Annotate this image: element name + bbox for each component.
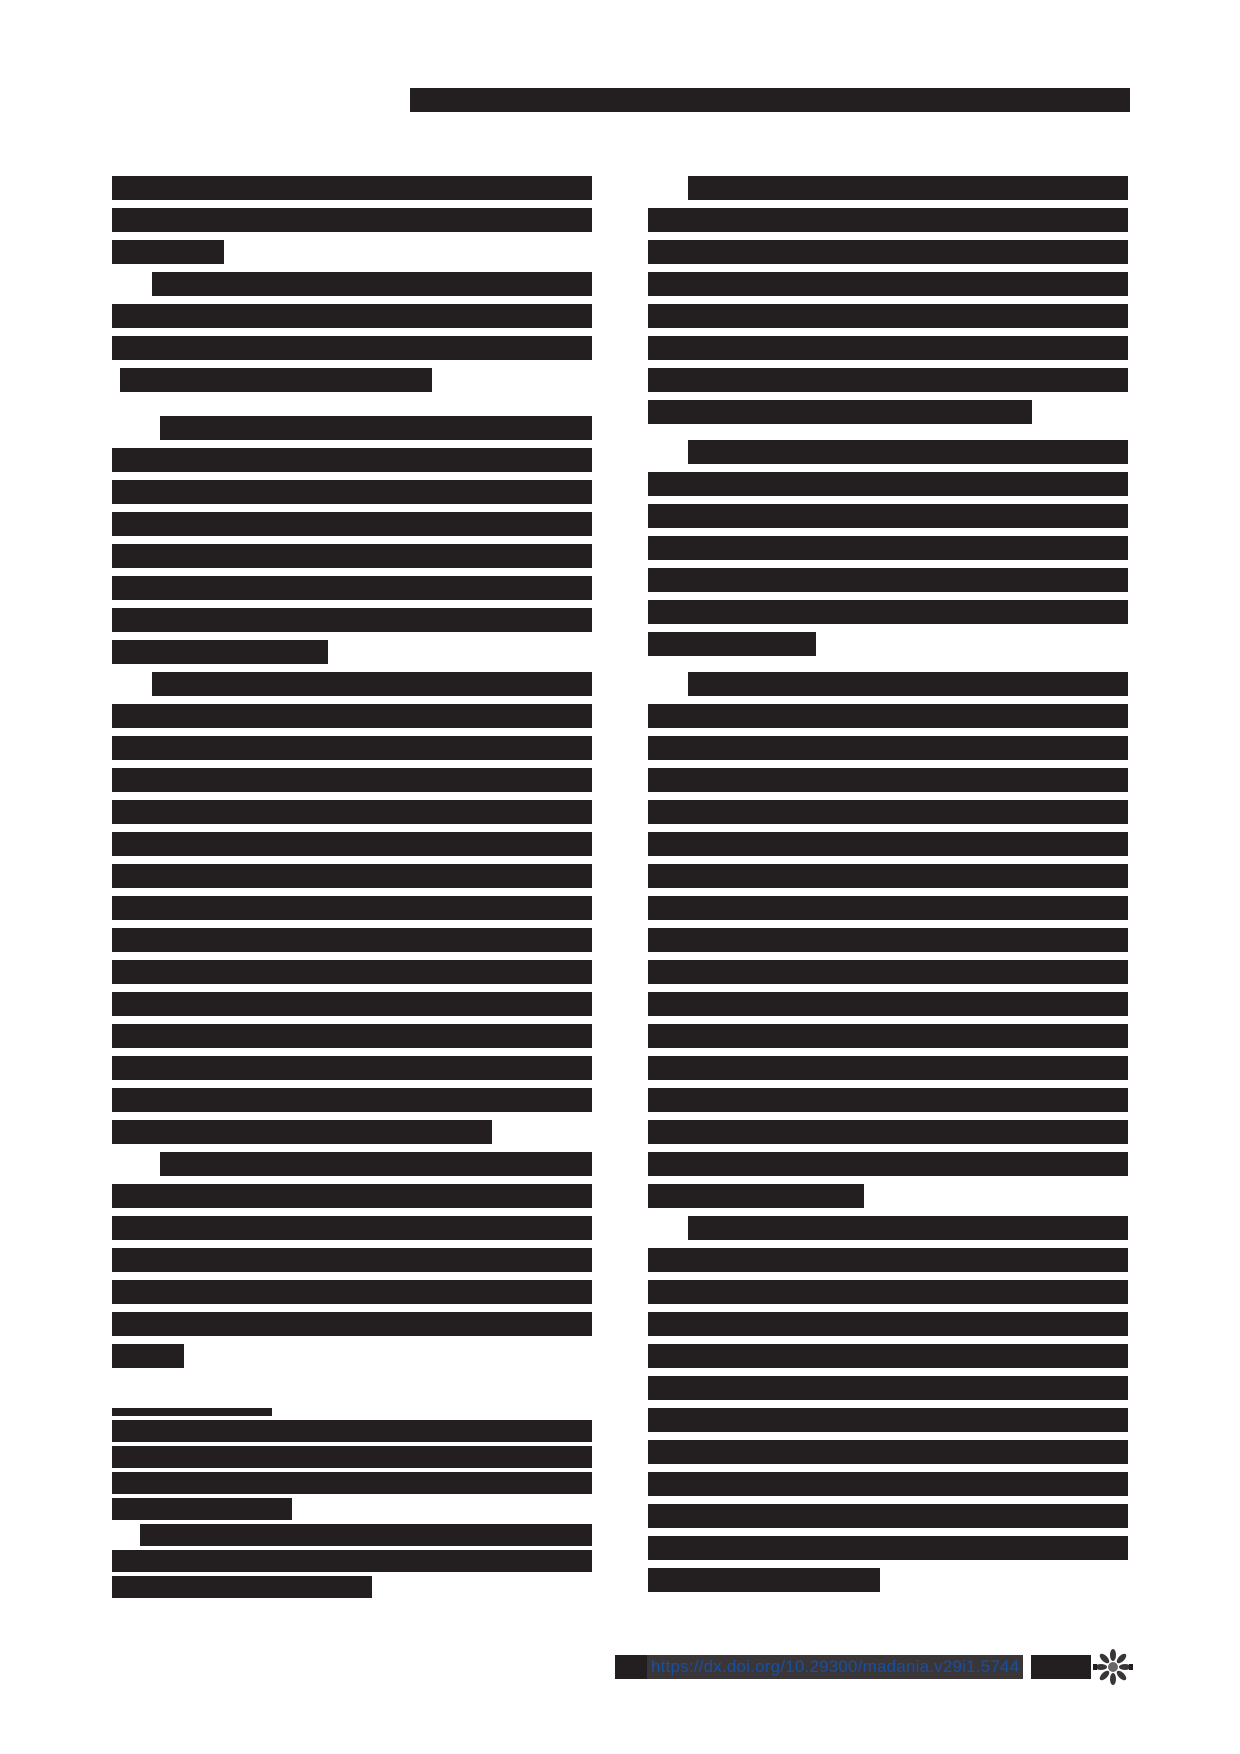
text-line <box>648 1376 1128 1400</box>
text-line <box>688 672 1128 696</box>
footnote-rule <box>112 1408 272 1416</box>
text-line <box>112 336 592 360</box>
text-line <box>648 992 1128 1016</box>
text-line <box>648 1312 1128 1336</box>
text-line <box>112 208 592 232</box>
text-line <box>112 640 328 664</box>
text-line <box>648 704 1128 728</box>
page-number <box>615 1655 647 1679</box>
text-line <box>648 568 1128 592</box>
text-line <box>688 440 1128 464</box>
text-line <box>112 768 592 792</box>
text-line <box>688 1216 1128 1240</box>
text-line <box>112 544 592 568</box>
text-line <box>648 1536 1128 1560</box>
text-line <box>648 632 816 656</box>
text-line <box>648 1088 1128 1112</box>
doi-link[interactable]: https://dx.doi.org/10.29300/madania.v29i… <box>647 1655 1023 1679</box>
text-line <box>648 1472 1128 1496</box>
text-line <box>112 736 592 760</box>
text-line <box>648 304 1128 328</box>
text-line <box>112 1120 492 1144</box>
footnote-line <box>112 1472 592 1494</box>
text-line <box>112 992 592 1016</box>
text-line <box>160 1152 592 1176</box>
text-line <box>648 400 1032 424</box>
text-line <box>648 504 1128 528</box>
text-line <box>112 832 592 856</box>
footnote-line <box>112 1576 372 1598</box>
text-line <box>112 480 592 504</box>
text-line <box>648 960 1128 984</box>
footnote-line <box>112 1550 592 1572</box>
text-line <box>112 1216 592 1240</box>
text-line <box>112 896 592 920</box>
journal-name <box>1031 1655 1091 1679</box>
text-line <box>648 1184 864 1208</box>
text-line <box>648 1024 1128 1048</box>
text-line <box>112 704 592 728</box>
text-line <box>648 1280 1128 1304</box>
text-line <box>112 1248 592 1272</box>
text-line <box>112 1312 592 1336</box>
text-line <box>112 1056 592 1080</box>
text-line <box>648 928 1128 952</box>
text-line <box>120 368 432 392</box>
page-footer: https://dx.doi.org/10.29300/madania.v29i… <box>615 1655 1133 1679</box>
text-line <box>648 336 1128 360</box>
text-line <box>112 512 592 536</box>
footnote-line <box>112 1420 592 1442</box>
text-line <box>648 832 1128 856</box>
text-line <box>648 1568 880 1592</box>
text-line <box>112 240 224 264</box>
text-line <box>648 1408 1128 1432</box>
text-line <box>648 272 1128 296</box>
text-line <box>112 1088 592 1112</box>
text-line <box>648 600 1128 624</box>
text-line <box>112 304 592 328</box>
text-line <box>648 1120 1128 1144</box>
footnote-line <box>140 1524 592 1546</box>
text-line <box>648 896 1128 920</box>
running-header <box>410 88 1130 112</box>
text-line <box>648 1056 1128 1080</box>
text-line <box>648 472 1128 496</box>
text-line <box>648 768 1128 792</box>
text-line <box>112 1024 592 1048</box>
text-line <box>648 208 1128 232</box>
text-line <box>648 1504 1128 1528</box>
footnote-line <box>112 1446 592 1468</box>
text-line <box>152 672 592 696</box>
text-line <box>648 800 1128 824</box>
text-line <box>112 928 592 952</box>
flower-emblem-icon <box>1093 1647 1133 1687</box>
text-line <box>648 368 1128 392</box>
text-line <box>160 416 592 440</box>
text-line <box>648 536 1128 560</box>
text-line <box>112 1344 184 1368</box>
text-line <box>648 864 1128 888</box>
text-line <box>112 1280 592 1304</box>
text-line <box>648 1248 1128 1272</box>
text-line <box>648 1440 1128 1464</box>
text-line <box>112 576 592 600</box>
text-line <box>112 608 592 632</box>
text-line <box>112 448 592 472</box>
text-line <box>112 800 592 824</box>
text-line <box>112 864 592 888</box>
text-line <box>152 272 592 296</box>
text-line <box>112 176 592 200</box>
text-line <box>648 1344 1128 1368</box>
text-line <box>648 1152 1128 1176</box>
text-line <box>648 240 1128 264</box>
text-line <box>112 960 592 984</box>
text-line <box>648 736 1128 760</box>
footnote-line <box>112 1498 292 1520</box>
text-line <box>688 176 1128 200</box>
text-line <box>112 1184 592 1208</box>
